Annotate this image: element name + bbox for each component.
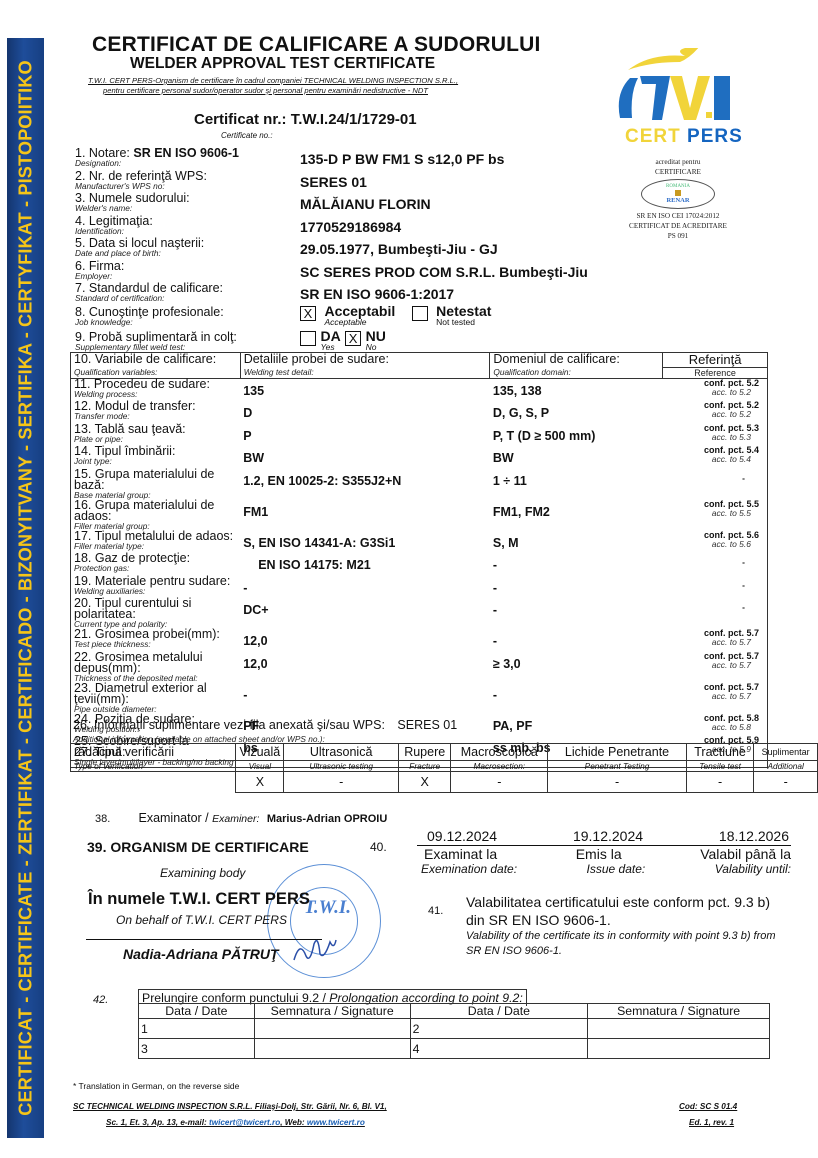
- acceptable-checkbox[interactable]: X: [300, 306, 316, 321]
- qualification-domain: FM1, FM2: [490, 500, 663, 531]
- date-label-en: Valability until:: [715, 862, 791, 876]
- web-link[interactable]: www.twicert.ro: [307, 1118, 365, 1127]
- verif-column-header: Tractiune: [686, 744, 754, 761]
- variable-label: 14. Tipul îmbinării:Joint type:: [71, 446, 241, 469]
- additional-info: 26. Informaţii suplimentare vezi fila an…: [73, 716, 457, 743]
- email-link[interactable]: twicert@twicert.ro: [209, 1118, 280, 1127]
- qualification-domain: P, T (D ≥ 500 mm): [490, 424, 663, 447]
- reference: conf. pct. 5.5acc. to 5.5: [663, 500, 768, 531]
- verif-column-header: Ultrasonică: [284, 744, 399, 761]
- prolongation-column-header: Data / Date: [139, 1004, 255, 1019]
- verif-column-header: Rupere: [399, 744, 451, 761]
- table-row: 13. Tablă sau ţeavă:Plate or pipe:PP, T …: [71, 424, 768, 447]
- test-detail: 12,0: [240, 652, 490, 683]
- test-detail: D: [240, 401, 490, 424]
- verif-column-header: Lichide Penetrante: [548, 744, 687, 761]
- field-value: SC SERES PROD COM S.R.L. Bumbeşti-Jiu: [300, 264, 588, 280]
- verif-value: -: [686, 772, 754, 793]
- field-value: 1770529186984: [300, 219, 401, 235]
- verif-value: -: [548, 772, 687, 793]
- date-label-en: Exemination date:: [421, 862, 517, 876]
- verification-table: 27. Tipul verificăriiVizualăUltrasonicăR…: [70, 743, 818, 793]
- qualification-domain: -: [490, 598, 663, 629]
- verif-column-header-en: Penetrant Testing: [548, 761, 687, 772]
- qualification-domain: 135, 138: [490, 379, 663, 402]
- verif-column-header-en: Visual: [236, 761, 284, 772]
- verif-column-header-en: Macrosection:: [451, 761, 548, 772]
- table-row: 34: [139, 1039, 770, 1059]
- qualification-domain: D, G, S, P: [490, 401, 663, 424]
- reference: -: [663, 576, 768, 599]
- prolongation-num: 42.: [93, 994, 108, 1006]
- dates-num: 40.: [370, 840, 387, 854]
- accreditation-block: acreditat pentru CERTIFICARE ROMANIA REN…: [610, 157, 746, 241]
- signature-line: [86, 939, 322, 940]
- examiner-name: Marius-Adrian OPROIU: [267, 813, 387, 825]
- column-header: 10. Variabile de calificare:Qualificatio…: [71, 353, 241, 379]
- table-row: 22. Grosimea metalului depus(mm):Thickne…: [71, 652, 768, 683]
- column-header: ReferinţăReference: [663, 353, 768, 379]
- variable-label: 22. Grosimea metalului depus(mm):Thickne…: [71, 652, 241, 683]
- verif-column-header: Macroscopică: [451, 744, 548, 761]
- test-detail: 135: [240, 379, 490, 402]
- reference: conf. pct. 5.7acc. to 5.7: [663, 629, 768, 652]
- test-detail: -: [240, 576, 490, 599]
- verif-value: X: [399, 772, 451, 793]
- field-label-block: 4. Legitimaţia:Identification:: [75, 215, 153, 235]
- prolongation-table: Data / DateSemnatura / SignatureData / D…: [138, 1003, 770, 1059]
- side-band-text: CERTIFICAT - CERTIFICATE - ZERTIFIKAT - …: [15, 60, 36, 1115]
- test-detail: FM1: [240, 500, 490, 531]
- certificate-number: Certificat nr.: T.W.I.24/1/1729-01: [194, 111, 417, 128]
- reference: conf. pct. 5.4acc. to 5.4: [663, 446, 768, 469]
- signatory-name: Nadia-Adriana PĂTRUŢ: [123, 946, 279, 962]
- table-row: 15. Grupa materialului de bază:Base mate…: [71, 469, 768, 500]
- cert-label: Certificat nr.:: [194, 111, 287, 128]
- prolongation-signature-cell[interactable]: [254, 1019, 410, 1039]
- prolongation-date-cell[interactable]: 4: [410, 1039, 588, 1059]
- field-value: SR EN ISO 9606-1:2017: [300, 286, 454, 302]
- date-value: 09.12.2024: [427, 828, 497, 844]
- field-label-block: 2. Nr. de referinţă WPS:Manufacturer's W…: [75, 170, 207, 190]
- table-header-row: 10. Variabile de calificare:Qualificatio…: [71, 353, 768, 379]
- column-header: Detaliile probei de sudare:Welding test …: [240, 353, 490, 379]
- title-en: WELDER APPROVAL TEST CERTIFICATE: [130, 55, 435, 73]
- variable-label: 17. Tipul metalului de adaos:Filler mate…: [71, 531, 241, 554]
- reference: conf. pct. 5.2acc. to 5.2: [663, 401, 768, 424]
- prolongation-column-header: Data / Date: [410, 1004, 588, 1019]
- reference: conf. pct. 5.3acc. to 5.3: [663, 424, 768, 447]
- reference: conf. pct. 5.2acc. to 5.2: [663, 379, 768, 402]
- table-row: 11. Procedeu de sudare:Welding process:1…: [71, 379, 768, 402]
- dates-block: 09.12.202419.12.202418.12.2026 Examinat …: [417, 828, 791, 876]
- reference: conf. pct. 5.6acc. to 5.6: [663, 531, 768, 554]
- verif-column-header-en: Tensile test: [686, 761, 754, 772]
- date-label-en: Issue date:: [587, 862, 646, 876]
- job-knowledge-row: 8. Cunoştinţe profesionale: Job knowledg…: [75, 306, 224, 326]
- field-label-block: 3. Numele sudorului:Welder's name:: [75, 192, 190, 212]
- variable-label: 21. Grosimea probei(mm):Test piece thick…: [71, 629, 241, 652]
- reference: conf. pct. 5.8acc. to 5.8: [663, 714, 768, 737]
- logo-brand-text: CERT PERS: [625, 126, 743, 148]
- company-address-1: SC TECHNICAL WELDING INSPECTION S.R.L. F…: [73, 1102, 387, 1111]
- field-label-block: 6. Firma:Employer:: [75, 260, 124, 280]
- table-row: 14. Tipul îmbinării:Joint type:BWBWconf.…: [71, 446, 768, 469]
- date-label: Valabil până la: [700, 846, 791, 862]
- cert-body-title: 39. ORGANISM DE CERTIFICARE: [87, 839, 309, 855]
- prolongation-column-header: Semnatura / Signature: [254, 1004, 410, 1019]
- reference: -: [663, 469, 768, 500]
- column-header: Domeniul de calificare:Qualification dom…: [490, 353, 663, 379]
- subline-2: pentru certificare personal sudor/operat…: [103, 86, 428, 95]
- date-label: Examinat la: [424, 846, 497, 862]
- table-row: 12. Modul de transfer:Transfer mode:DD, …: [71, 401, 768, 424]
- renar-logo: ROMANIA RENAR: [641, 179, 715, 209]
- fillet-test-row: 9. Probă suplimentară in colţ: Supplemen…: [75, 331, 237, 351]
- table-row: 12: [139, 1019, 770, 1039]
- prolongation-header-row: Data / DateSemnatura / SignatureData / D…: [139, 1004, 770, 1019]
- verif-label-en: Type of verification: [71, 761, 236, 772]
- qualification-domain: 1 ÷ 11: [490, 469, 663, 500]
- variable-label: 11. Procedeu de sudare:Welding process:: [71, 379, 241, 402]
- no-checkbox[interactable]: X: [345, 331, 361, 346]
- field-label-block: 1. Notare: SR EN ISO 9606-1Designation:: [75, 147, 239, 167]
- cert-label-en: Certificate no.:: [221, 131, 273, 140]
- prolongation-date-cell[interactable]: 3: [139, 1039, 255, 1059]
- qualification-domain: -: [490, 576, 663, 599]
- prolongation-signature-cell[interactable]: [254, 1039, 410, 1059]
- doc-code: Cod: SC S 01.4: [679, 1102, 737, 1111]
- field-label-block: 7. Standardul de calificare:Standard of …: [75, 282, 223, 302]
- qualification-variables-table: 10. Variabile de calificare:Qualificatio…: [70, 352, 768, 768]
- twi-logo: CERT PERS: [610, 48, 780, 158]
- test-detail: -: [240, 683, 490, 714]
- verif-column-header: Vizuală: [236, 744, 284, 761]
- verif-value: X: [236, 772, 284, 793]
- subline-1: T.W.I. CERT PERS-Organism de certificare…: [88, 76, 458, 85]
- examiner-row: 38. Examinator / Examiner: Marius-Adrian…: [95, 811, 387, 825]
- title-ro: CERTIFICAT DE CALIFICARE A SUDORULUI: [92, 33, 541, 57]
- field-value: MĂLĂIANU FLORIN: [300, 196, 431, 212]
- verif-column-header-en: Additional: [754, 761, 818, 772]
- table-row: 21. Grosimea probei(mm):Test piece thick…: [71, 629, 768, 652]
- variable-label: 19. Materiale pentru sudare:Welding auxi…: [71, 576, 241, 599]
- fillet-test-options: DA Yes X NU No: [300, 330, 386, 351]
- reference: conf. pct. 5.7acc. to 5.7: [663, 652, 768, 683]
- translation-note: * Translation in German, on the reverse …: [73, 1081, 239, 1091]
- test-detail: S, EN ISO 14341-A: G3Si1: [240, 531, 490, 554]
- verif-value: -: [754, 772, 818, 793]
- table-row: 17. Tipul metalului de adaos:Filler mate…: [71, 531, 768, 554]
- table-row: 19. Materiale pentru sudare:Welding auxi…: [71, 576, 768, 599]
- qualification-domain: -: [490, 683, 663, 714]
- variable-label: 20. Tipul curentului si polaritatea:Curr…: [71, 598, 241, 629]
- table-row: 23. Diametrul exterior al ţevii(mm):Pipe…: [71, 683, 768, 714]
- variable-label: 13. Tablă sau ţeavă:Plate or pipe:: [71, 424, 241, 447]
- verif-column-header: Suplimentar: [754, 744, 818, 761]
- prolongation-signature-cell[interactable]: [588, 1019, 770, 1039]
- test-detail: BW: [240, 446, 490, 469]
- variable-label: 15. Grupa materialului de bază:Base mate…: [71, 469, 241, 500]
- test-detail: 12,0: [240, 629, 490, 652]
- prolongation-column-header: Semnatura / Signature: [588, 1004, 770, 1019]
- variable-label: 23. Diametrul exterior al ţevii(mm):Pipe…: [71, 683, 241, 714]
- date-value: 18.12.2026: [719, 828, 789, 844]
- field-value: SERES 01: [300, 174, 367, 190]
- date-label: Emis la: [576, 846, 622, 862]
- reference: conf. pct. 5.7acc. to 5.7: [663, 683, 768, 714]
- prolongation-date-cell[interactable]: 2: [410, 1019, 588, 1039]
- doc-edition: Ed. 1, rev. 1: [689, 1118, 734, 1127]
- qualification-domain: -: [490, 629, 663, 652]
- verif-value: -: [284, 772, 399, 793]
- verif-column-header-en: Ultrasonic testing: [284, 761, 399, 772]
- qualification-domain: S, M: [490, 531, 663, 554]
- variable-label: 18. Gaz de protecţie:Protection gas:: [71, 553, 241, 576]
- job-knowledge-options: X Acceptabil Acceptable Netestat Not tes…: [300, 305, 491, 326]
- qualification-domain: PA, PF: [490, 714, 663, 737]
- prolongation-signature-cell[interactable]: [588, 1039, 770, 1059]
- variable-label: 16. Grupa materialului de adaos:Filler m…: [71, 500, 241, 531]
- qualification-domain: -: [490, 553, 663, 576]
- test-detail: 1.2, EN 10025-2: S355J2+N: [240, 469, 490, 500]
- field-value: 135-D P BW FM1 S s12,0 PF bs: [300, 151, 504, 167]
- test-detail: DC+: [240, 598, 490, 629]
- stamp-text: T.W.I.: [304, 897, 351, 919]
- side-band: CERTIFICAT - CERTIFICATE - ZERTIFIKAT - …: [7, 38, 44, 1138]
- qualification-domain: ≥ 3,0: [490, 652, 663, 683]
- signature-scribble-icon: [290, 930, 340, 966]
- cert-body-title-en: Examining body: [160, 866, 245, 880]
- on-behalf: În numele T.W.I. CERT PERS: [88, 890, 310, 909]
- twi-emblem-icon: [610, 48, 780, 128]
- table-row: 16. Grupa materialului de adaos:Filler m…: [71, 500, 768, 531]
- variable-label: 12. Modul de transfer:Transfer mode:: [71, 401, 241, 424]
- qualification-domain: BW: [490, 446, 663, 469]
- test-detail: P: [240, 424, 490, 447]
- yes-checkbox[interactable]: [300, 331, 316, 346]
- field-value: 29.05.1977, Bumbeşti-Jiu - GJ: [300, 241, 498, 257]
- not-tested-checkbox[interactable]: [412, 306, 428, 321]
- reference: -: [663, 598, 768, 629]
- field-label-block: 5. Data si locul naşterii:Date and place…: [75, 237, 204, 257]
- table-row: 20. Tipul curentului si polaritatea:Curr…: [71, 598, 768, 629]
- validity-num: 41.: [428, 905, 443, 917]
- company-address-2: Sc. 1, Et. 3, Ap. 13, e-mail: twicert@tw…: [106, 1118, 365, 1127]
- table-row: 18. Gaz de protecţie:Protection gas:EN I…: [71, 553, 768, 576]
- date-value: 19.12.2024: [573, 828, 643, 844]
- verif-value: -: [451, 772, 548, 793]
- on-behalf-en: On behalf of T.W.I. CERT PERS: [116, 913, 287, 927]
- test-detail: EN ISO 14175: M21: [240, 553, 490, 576]
- prolongation-date-cell[interactable]: 1: [139, 1019, 255, 1039]
- validity-text: Valabilitatea certificatului este confor…: [466, 893, 786, 959]
- reference: -: [663, 553, 768, 576]
- verif-column-header-en: Fracture: [399, 761, 451, 772]
- cert-number-value: T.W.I.24/1/1729-01: [291, 111, 417, 128]
- verif-label: 27. Tipul verificării: [71, 744, 236, 761]
